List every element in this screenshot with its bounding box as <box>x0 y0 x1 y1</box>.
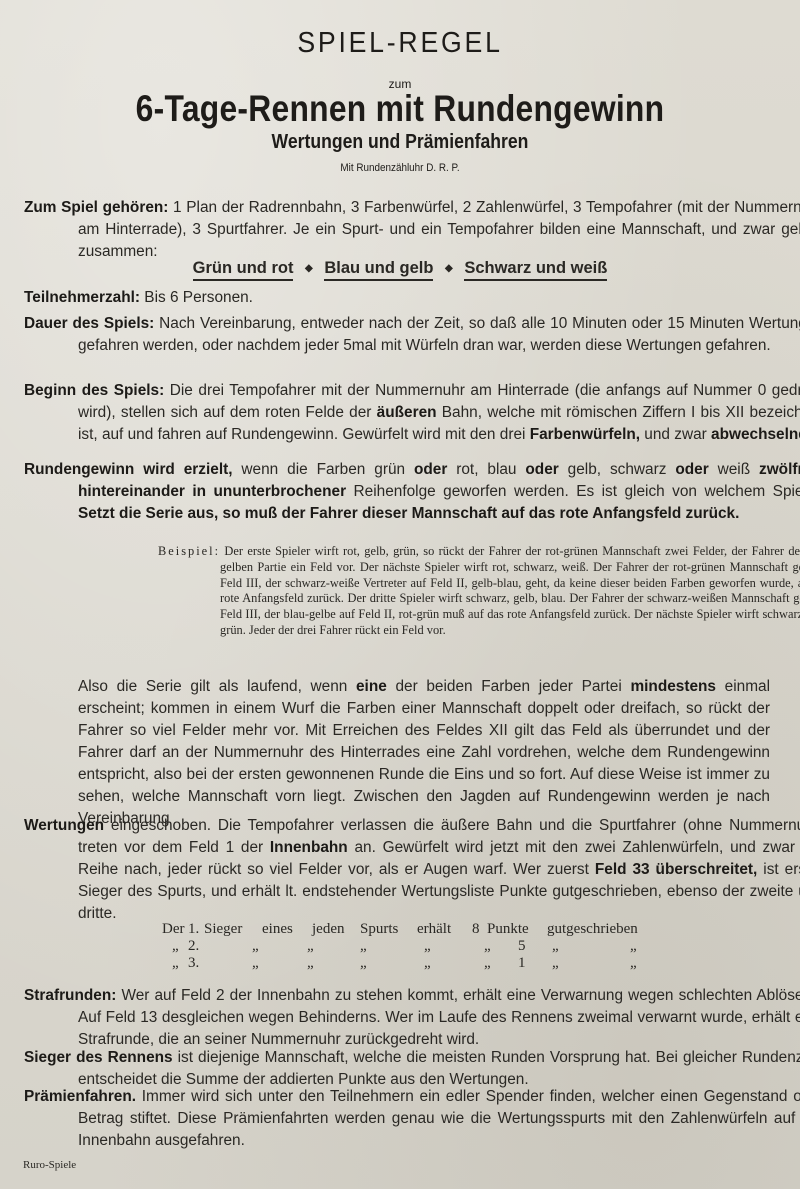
emphasis: mindestens <box>630 678 716 695</box>
section-label: Teilnehmerzahl: <box>24 289 140 306</box>
game-subtitle: Wertungen und Prämienfahren <box>48 131 752 154</box>
section-lap-gain: Rundengewinn wird erzielt, wenn die Farb… <box>24 459 800 525</box>
section-text: Immer wird sich unter den Teilnehmern ei… <box>78 1088 800 1149</box>
section-participants: Teilnehmerzahl: Bis 6 Personen. <box>24 287 800 309</box>
section-text: ist diejenige Mannschaft, welche die mei… <box>78 1049 800 1088</box>
section-label: Zum Spiel gehören: <box>24 199 168 216</box>
points-table-cell: Sieger <box>204 921 242 938</box>
points-table-cell: „ <box>307 938 314 955</box>
emphasis: äußeren <box>377 404 437 421</box>
points-table-cell: „ <box>360 938 367 955</box>
section-scoring: Wertungen eingeschoben. Die Tempofahrer … <box>24 815 800 925</box>
emphasis: Farbenwürfeln, <box>530 426 640 443</box>
points-table-cell: erhält <box>417 921 451 938</box>
points-table-cell: eines <box>262 921 293 938</box>
points-table-cell: „ <box>172 955 179 972</box>
points-table-cell: „ <box>552 938 559 955</box>
section-text: 1 Plan der Radrennbahn, 3 Farbenwürfel, … <box>78 199 800 260</box>
points-table-cell: Spurts <box>360 921 398 938</box>
document-title: SPIEL-REGEL <box>32 27 768 60</box>
team-black-white: Schwarz und weiß <box>464 259 607 281</box>
points-table-cell: 3. <box>188 955 199 972</box>
emphasis: oder <box>675 461 708 478</box>
section-label: Strafrunden: <box>24 987 116 1004</box>
section-text: und zwar <box>640 426 711 443</box>
section-series: Also die Serie gilt als laufend, wenn ei… <box>78 676 770 830</box>
section-label: Sieger des Rennens <box>24 1049 173 1066</box>
example-block: Beispiel: Der erste Spieler wirft rot, g… <box>158 544 800 639</box>
points-table-cell: 2. <box>188 938 199 955</box>
points-table-cell: „ <box>424 938 431 955</box>
section-start: Beginn des Spiels: Die drei Tempofahrer … <box>24 380 800 446</box>
section-text: Wer auf Feld 2 der Innenbahn zu stehen k… <box>78 987 800 1048</box>
section-text: der beiden Farben jeder Partei <box>387 678 631 695</box>
points-table-cell: 1 <box>518 955 526 972</box>
points-table-cell: „ <box>424 955 431 972</box>
section-text: einmal erscheint; kommen in einem Wurf d… <box>78 678 770 827</box>
game-title: 6-Tage-Rennen mit Rundengewinn <box>56 88 744 130</box>
section-text: gelb, schwarz <box>559 461 676 478</box>
section-winner: Sieger des Rennens ist diejenige Mannsch… <box>24 1047 800 1091</box>
points-table-cell: „ <box>552 955 559 972</box>
section-label: Rundengewinn wird erzielt, <box>24 461 233 478</box>
team-green-red: Grün und rot <box>193 259 294 281</box>
emphasis: Feld 33 überschreitet, <box>595 861 757 878</box>
section-text: Nach Vereinbarung, entweder nach der Zei… <box>78 315 800 354</box>
section-label: Wertungen <box>24 817 104 834</box>
section-text: Also die Serie gilt als laufend, wenn <box>78 678 356 695</box>
points-table-cell: „ <box>630 938 637 955</box>
example-text: Der erste Spieler wirft rot, gelb, grün,… <box>220 544 800 637</box>
points-table-cell: jeden <box>312 921 344 938</box>
team-blue-yellow: Blau und gelb <box>324 259 433 281</box>
section-text: Reihenfolge geworfen werden. Es ist glei… <box>346 483 800 500</box>
section-label: Prämienfahren. <box>24 1088 136 1105</box>
section-penalty-laps: Strafrunden: Wer auf Feld 2 der Innenbah… <box>24 985 800 1051</box>
section-text: weiß <box>709 461 759 478</box>
section-text: Bis 6 Personen. <box>140 289 253 306</box>
section-components: Zum Spiel gehören: 1 Plan der Radrennbah… <box>24 197 800 263</box>
emphasis: oder <box>525 461 558 478</box>
points-table-cell: „ <box>252 938 259 955</box>
points-table-cell: „ <box>630 955 637 972</box>
emphasis: Setzt die Serie aus, so muß der Fahrer d… <box>78 505 739 522</box>
emphasis: Innenbahn <box>270 839 348 856</box>
points-table-cell: Punkte <box>487 921 529 938</box>
points-table-cell: Der <box>162 921 185 938</box>
patent-note: Mit Rundenzähluhr D. R. P. <box>40 162 760 174</box>
section-prize-races: Prämienfahren. Immer wird sich unter den… <box>24 1086 800 1152</box>
points-table-cell: „ <box>360 955 367 972</box>
emphasis: eine <box>356 678 387 695</box>
points-table-cell: „ <box>484 938 491 955</box>
points-table-cell: 8 <box>472 921 480 938</box>
points-table-cell: gutgeschrieben <box>547 921 638 938</box>
points-table-cell: 5 <box>518 938 526 955</box>
section-label: Beginn des Spiels: <box>24 382 164 399</box>
emphasis: oder <box>414 461 447 478</box>
points-table-cell: „ <box>307 955 314 972</box>
emphasis: abwechselnd. <box>711 426 800 443</box>
team-pairings: Grün und rot ◆ Blau und gelb ◆ Schwarz u… <box>0 259 800 281</box>
points-table-cell: „ <box>484 955 491 972</box>
points-table-cell: „ <box>172 938 179 955</box>
diamond-separator-icon: ◆ <box>305 263 313 274</box>
diamond-separator-icon: ◆ <box>445 263 453 274</box>
rules-sheet: SPIEL-REGEL zum 6-Tage-Rennen mit Runden… <box>0 0 800 1189</box>
section-label: Dauer des Spiels: <box>24 315 154 332</box>
publisher-imprint: Ruro-Spiele <box>23 1159 76 1171</box>
section-text: rot, blau <box>447 461 525 478</box>
points-table-cell: „ <box>252 955 259 972</box>
points-table-cell: 1. <box>188 921 199 938</box>
section-duration: Dauer des Spiels: Nach Vereinbarung, ent… <box>24 313 800 357</box>
section-text: wenn die Farben grün <box>233 461 414 478</box>
example-label: Beispiel: <box>158 544 220 558</box>
